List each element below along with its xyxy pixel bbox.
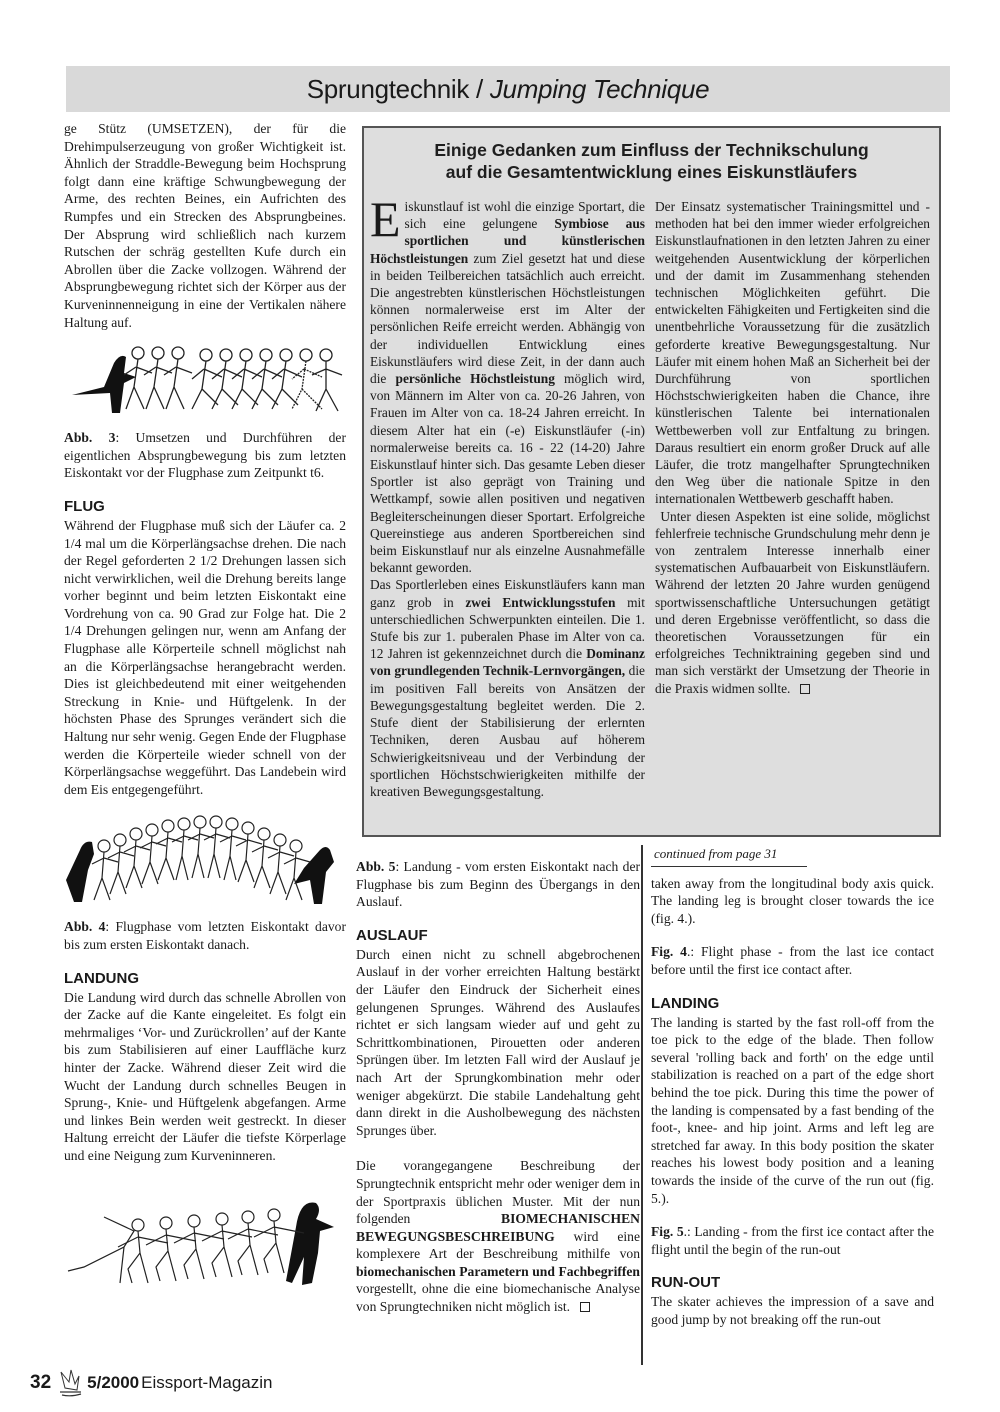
- title-german: Sprungtechnik /: [307, 74, 483, 104]
- bold-run: biomechanischen Parametern und Fachbegri…: [356, 1264, 640, 1279]
- box-title-line-1: Einige Gedanken zum Einfluss der Technik…: [364, 139, 939, 161]
- end-mark-icon: [580, 1302, 590, 1312]
- box-paragraph-4: Unter diesen Aspekten ist eine solide, m…: [655, 508, 930, 697]
- skater-sequence-takeoff-icon: [64, 343, 346, 419]
- left-column: ge Stütz (UMSETZEN), der für die Drehimp…: [64, 120, 346, 1297]
- skater-sequence-landing-icon: [64, 1187, 346, 1293]
- text-run: die im positiven Fall bereits von Ansätz…: [370, 663, 645, 798]
- run-out-paragraph: The skater achieves the impression of a …: [651, 1293, 934, 1328]
- right-column-english: continued from page 31 taken away from t…: [651, 845, 934, 1328]
- figure-3-label: Abb. 3: [64, 430, 115, 445]
- english-intro: taken away from the longitudinal body ax…: [651, 875, 934, 928]
- bold-run: zwei Entwicklungsstufen: [465, 595, 615, 610]
- box-paragraph-2: Das Sportlerleben eines Eiskunstläufers …: [370, 576, 645, 800]
- skate-logo-icon: [57, 1368, 83, 1398]
- figure-5-caption-text: : Landung - vom ersten Eiskontakt nach d…: [356, 859, 640, 909]
- intro-paragraph: ge Stütz (UMSETZEN), der für die Drehimp…: [64, 120, 346, 331]
- closing-paragraph: Die vorangegangene Beschreibung der Spru…: [356, 1157, 640, 1315]
- title-english: Jumping Technique: [490, 74, 709, 104]
- landung-paragraph: Die Landung wird durch das schnelle Abro…: [64, 989, 346, 1165]
- figure-4-label: Abb. 4: [64, 919, 105, 934]
- continued-note: continued from page 31: [651, 845, 807, 867]
- fig-4-english-caption: Fig. 4.: Flight phase - from the last ic…: [651, 943, 934, 978]
- page-footer: 32 5/2000 Eissport-Magazin: [30, 1368, 272, 1398]
- fig-5-english-caption: Fig. 5.: Landing - from the first ice co…: [651, 1223, 934, 1258]
- figure-3: [64, 343, 346, 421]
- text-run: möglich wird, von Männern im Alter von c…: [370, 371, 645, 575]
- page-title: Sprungtechnik / Jumping Technique: [307, 74, 710, 105]
- skater-sequence-flight-icon: [64, 810, 346, 908]
- section-heading-landung: LANDUNG: [64, 970, 346, 988]
- box-title-line-2: auf die Gesamtentwicklung eines Eiskunst…: [364, 161, 939, 183]
- figure-3-caption: Abb. 3: Umsetzen und Durchführen der eig…: [64, 429, 346, 482]
- section-heading-flug: FLUG: [64, 498, 346, 516]
- box-column-left: Eiskunstlauf ist wohl die einzige Sporta…: [370, 198, 645, 800]
- figure-4: [64, 810, 346, 910]
- fig-4-english-label: Fig. 4: [651, 944, 687, 959]
- figure-5-label: Abb. 5: [356, 859, 395, 874]
- fig-4-english-caption-text: .: Flight phase - from the last ice cont…: [651, 944, 934, 977]
- fig-5-english-label: Fig. 5: [651, 1224, 684, 1239]
- figure-5-caption: Abb. 5: Landung - vom ersten Eiskontakt …: [356, 858, 640, 911]
- landing-paragraph: The landing is started by the fast roll-…: [651, 1014, 934, 1208]
- drop-cap: E: [370, 200, 401, 238]
- text-run: Unter diesen Aspekten ist eine solide, m…: [655, 509, 930, 696]
- box-paragraph-3: Der Einsatz systematischer Trainingsmitt…: [655, 198, 930, 508]
- figure-5: [64, 1187, 346, 1297]
- column-divider: [641, 845, 643, 1365]
- page-number: 32: [30, 1372, 51, 1394]
- fig-5-english-caption-text: .: Landing - from the first ice contact …: [651, 1224, 934, 1257]
- magazine-name: Eissport-Magazin: [141, 1373, 272, 1393]
- bold-run: persönliche Höchstleistung: [396, 371, 555, 386]
- box-title: Einige Gedanken zum Einfluss der Technik…: [364, 139, 939, 183]
- sidebar-box-article: Einige Gedanken zum Einfluss der Technik…: [362, 126, 941, 837]
- section-heading-run-out: RUN-OUT: [651, 1274, 934, 1292]
- end-mark-icon: [800, 684, 810, 694]
- page-header-band: Sprungtechnik / Jumping Technique: [66, 66, 950, 112]
- text-run: vorgestellt, ohne die eine biomechanisch…: [356, 1281, 640, 1314]
- section-heading-landing: LANDING: [651, 995, 934, 1013]
- box-columns: Eiskunstlauf ist wohl die einzige Sporta…: [370, 198, 933, 800]
- issue-number: 5/2000: [87, 1373, 139, 1393]
- auslauf-paragraph: Durch einen nicht zu schnell abgebrochen…: [356, 946, 640, 1140]
- box-paragraph-1: Eiskunstlauf ist wohl die einzige Sporta…: [370, 198, 645, 576]
- figure-4-caption: Abb. 4: Flugphase vom letzten Eiskontakt…: [64, 918, 346, 953]
- text-run: zum Ziel gesetzt hat und diese in beiden…: [370, 251, 645, 386]
- flug-paragraph: Während der Flugphase muß sich der Läufe…: [64, 517, 346, 799]
- box-column-right: Der Einsatz systematischer Trainingsmitt…: [655, 198, 930, 800]
- section-heading-auslauf: AUSLAUF: [356, 927, 640, 945]
- figure-4-caption-text: : Flugphase vom letzten Eiskontakt davor…: [64, 919, 346, 952]
- middle-column: Abb. 5: Landung - vom ersten Eiskontakt …: [356, 858, 640, 1316]
